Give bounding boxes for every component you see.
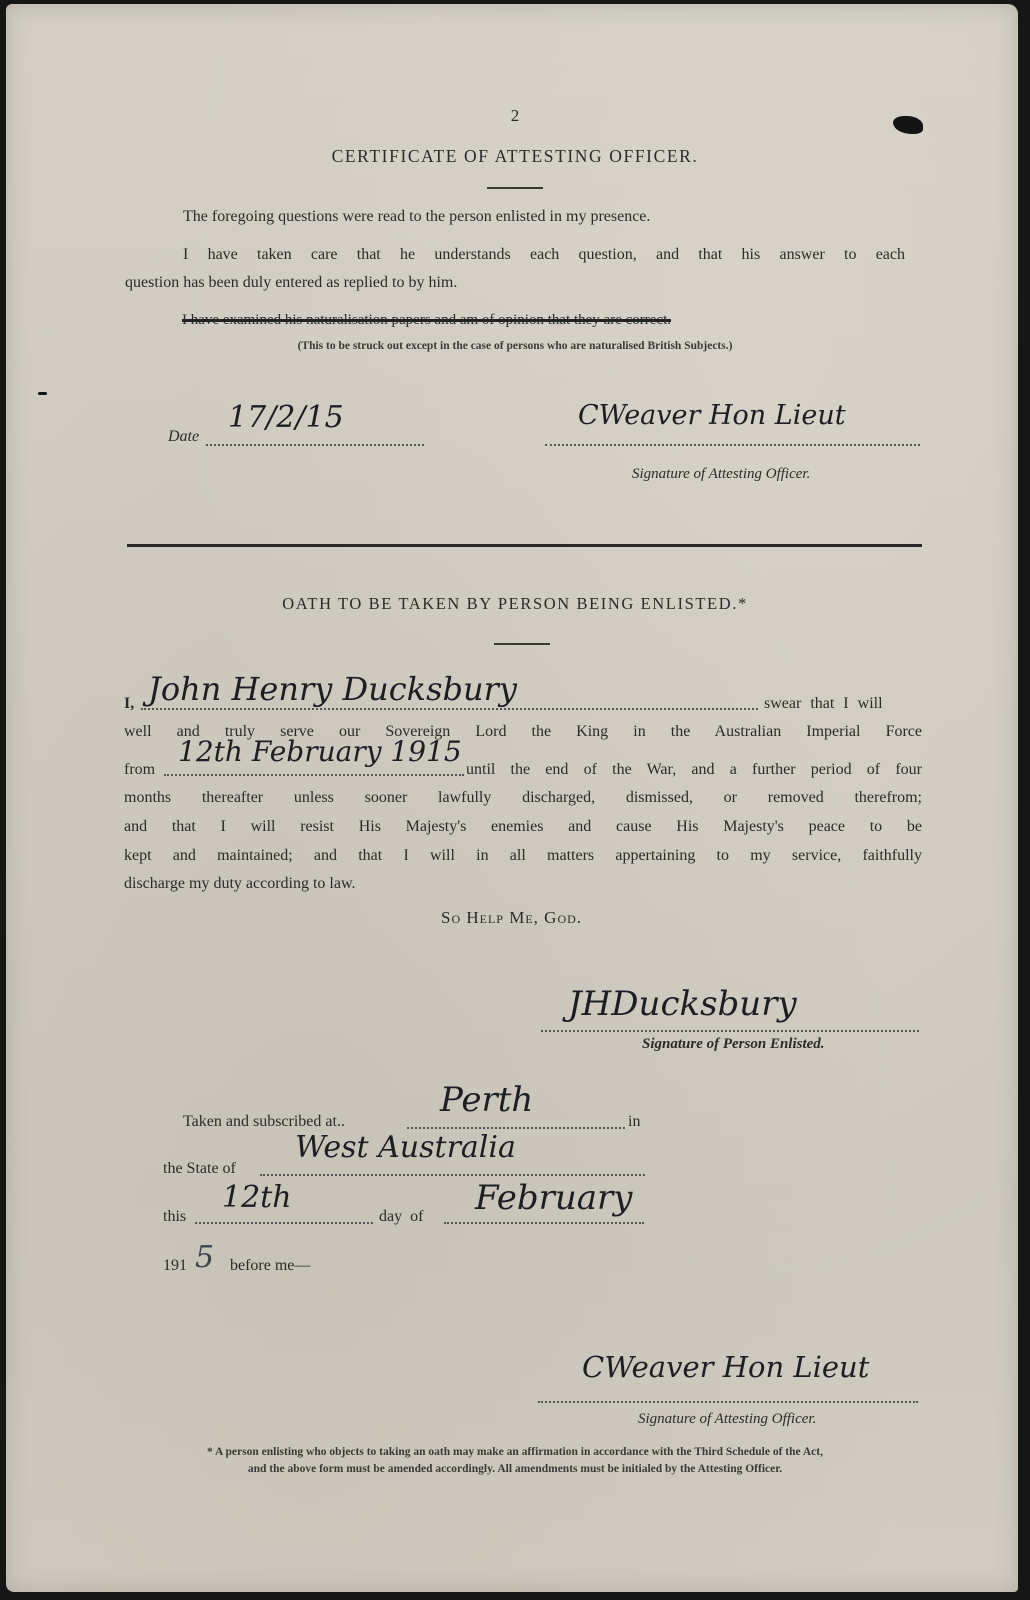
oath-line-4: months thereafter unless sooner lawfully…	[124, 784, 922, 812]
oath-heading-rule	[494, 643, 550, 645]
oath-prefix-i: I,	[124, 690, 134, 718]
place-handwritten-value: Perth	[440, 1080, 533, 1120]
heading-rule	[487, 187, 543, 189]
officer-signature-value: CWeaver Hon Lieut	[578, 400, 846, 431]
enlisted-signature-label: Signature of Person Enlisted.	[642, 1036, 825, 1053]
oath-line-7: discharge my duty according to law.	[124, 870, 356, 898]
oath-from-label: from	[124, 756, 155, 784]
year-handwritten-digit: 5	[195, 1240, 214, 1275]
officer-signature-label: Signature of Attesting Officer.	[632, 466, 810, 483]
date-handwritten-value: 17/2/15	[228, 400, 344, 435]
oath-line-5: and that I will resist His Majesty's ene…	[124, 813, 922, 841]
day-of-label: day of	[379, 1203, 423, 1231]
certificate-title: CERTIFICATE OF ATTESTING OFFICER.	[0, 146, 1030, 167]
oath-closing: So Help Me, God.	[441, 908, 582, 928]
before-me-label: before me—	[230, 1252, 310, 1280]
footnote-line-2: and the above form must be amended accor…	[0, 1461, 1030, 1477]
certificate-paragraph-2-line-1: I have taken care that he understands ea…	[183, 241, 905, 269]
oath-line-1-suffix: swear that I will	[764, 690, 883, 718]
enlistee-name-value: John Henry Ducksbury	[148, 670, 517, 708]
enlisted-signature-value: JHDucksbury	[568, 984, 797, 1024]
day-handwritten-value: 12th	[222, 1180, 292, 1215]
certificate-paragraph-2-line-2: question has been duly entered as replie…	[125, 269, 457, 297]
date-label: Date	[168, 428, 199, 446]
officer-signature-value-2: CWeaver Hon Lieut	[582, 1350, 869, 1384]
page-number: 2	[0, 106, 1030, 126]
struck-out-note: (This to be struck out except in the cas…	[0, 340, 1030, 352]
certificate-paragraph-1: The foregoing questions were read to the…	[183, 203, 650, 231]
oath-line-3-suffix: until the end of the War, and a further …	[466, 756, 922, 784]
oath-line-6: kept and maintained; and that I will in …	[124, 842, 922, 870]
state-handwritten-value: West Australia	[295, 1130, 516, 1165]
this-label: this	[163, 1203, 186, 1231]
ink-speck-mark	[38, 392, 47, 395]
officer-signature-line-2	[538, 1383, 918, 1403]
section-divider	[127, 544, 922, 547]
year-prefix: 191	[163, 1252, 187, 1280]
struck-naturalisation-statement: I have examined his naturalisation paper…	[182, 306, 671, 334]
month-handwritten-value: February	[475, 1178, 633, 1218]
officer-signature-label-2: Signature of Attesting Officer.	[638, 1411, 816, 1428]
in-label: in	[628, 1108, 640, 1136]
footnote-line-1: * A person enlisting who objects to taki…	[0, 1444, 1030, 1460]
state-label: the State of	[163, 1155, 236, 1183]
service-start-date-value: 12th February 1915	[178, 735, 462, 768]
oath-title: OATH TO BE TAKEN BY PERSON BEING ENLISTE…	[0, 594, 1030, 614]
